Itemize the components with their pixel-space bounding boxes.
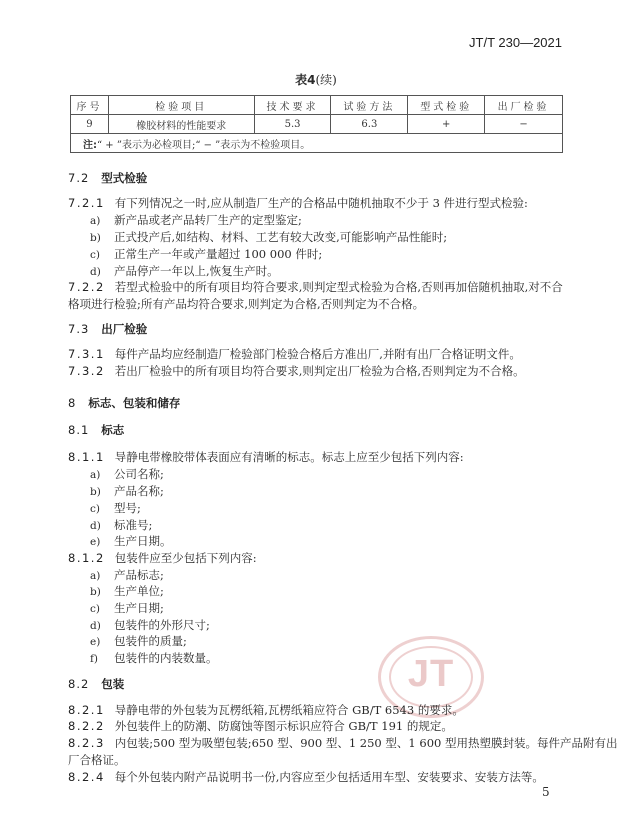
clause-7-2-2-continuation: 格项进行检验;所有产品均符合要求,则判定为合格,否则判定为不合格。 (68, 296, 424, 312)
section-title: 包装 (101, 677, 124, 691)
list-text: 型号; (114, 501, 141, 515)
clause-number: 7.3.1 (68, 347, 105, 361)
table-cell: 6.3 (331, 115, 408, 134)
clause-8-2-2: 8.2.2外包装件上的防潮、防腐蚀等图示标识应符合 GB/T 191 的规定。 (68, 718, 453, 734)
section-number: 8 (68, 396, 76, 410)
seal-text: JT (381, 653, 481, 696)
clause-8-2-1: 8.2.1导静电带的外包装为瓦楞纸箱,瓦楞纸箱应符合 GB/T 6543 的要求… (68, 702, 464, 718)
clause-8-1-1: 8.1.1导静电带橡胶带体表面应有清晰的标志。标志上应至少包括下列内容: (68, 449, 464, 465)
clause-text: 每个外包装内附产品说明书一份,内容应至少包括适用车型、安装要求、安装方法等。 (115, 770, 544, 784)
section-number: 7.3 (68, 322, 89, 336)
section-number: 8.2 (68, 677, 89, 691)
section-heading-7-3: 7.3出厂检验 (68, 321, 147, 337)
list-text: 正式投产后,如结构、材料、工艺有较大改变,可能影响产品性能时; (114, 230, 447, 244)
clause-text: 若型式检验中的所有项目均符合要求,则判定型式检验为合格,否则再加倍随机抽取,对不… (115, 280, 563, 294)
column-header: 检验项目 (108, 96, 254, 115)
list-text: 产品名称; (114, 484, 164, 498)
clause-number: 8.2.3 (68, 736, 105, 750)
clause-7-2-1: 7.2.1有下列情况之一时,应从制造厂生产的合格品中随机抽取不少于 3 件进行型… (68, 195, 528, 211)
list-item: a)公司名称; (90, 466, 164, 482)
clause-text: 有下列情况之一时,应从制造厂生产的合格品中随机抽取不少于 3 件进行型式检验: (115, 196, 528, 210)
inspection-table: 序号 检验项目 技术要求 试验方法 型式检验 出厂检验 9 橡胶材料的性能要求 … (70, 95, 563, 153)
list-text: 包装件的内装数量。 (114, 651, 218, 665)
list-marker: a) (90, 570, 114, 582)
list-item: d)产品停产一年以上,恢复生产时。 (90, 263, 279, 279)
list-item: a)新产品或老产品转厂生产的定型鉴定; (90, 212, 302, 228)
table-title-suffix: (续) (315, 73, 336, 87)
section-heading-7-2: 7.2型式检验 (68, 170, 147, 186)
list-marker: b) (90, 232, 114, 244)
list-marker: b) (90, 586, 114, 598)
section-title: 型式检验 (101, 171, 147, 185)
clause-text: 若出厂检验中的所有项目均符合要求,则判定出厂检验为合格,否则判定为不合格。 (115, 364, 525, 378)
table-cell: 橡胶材料的性能要求 (108, 115, 254, 134)
list-item: b)正式投产后,如结构、材料、工艺有较大改变,可能影响产品性能时; (90, 229, 447, 245)
table-header-row: 序号 检验项目 技术要求 试验方法 型式检验 出厂检验 (71, 96, 563, 115)
clause-number: 7.2.1 (68, 196, 105, 210)
list-text: 正常生产一年或产量超过 100 000 件时; (114, 247, 322, 261)
clause-number: 8.2.2 (68, 719, 105, 733)
list-text: 包装件的外形尺寸; (114, 618, 210, 632)
list-text: 新产品或老产品转厂生产的定型鉴定; (114, 213, 302, 227)
section-number: 7.2 (68, 171, 89, 185)
list-item: c)型号; (90, 500, 141, 516)
table-cell: 5.3 (254, 115, 331, 134)
list-marker: f) (90, 653, 114, 665)
list-text: 产品停产一年以上,恢复生产时。 (114, 264, 279, 278)
clause-7-2-2: 7.2.2若型式检验中的所有项目均符合要求,则判定型式检验为合格,否则再加倍随机… (68, 279, 563, 295)
clause-8-2-4: 8.2.4每个外包装内附产品说明书一份,内容应至少包括适用车型、安装要求、安装方… (68, 769, 544, 785)
clause-7-3-1: 7.3.1每件产品均应经制造厂检验部门检验合格后方准出厂,并附有出厂合格证明文件… (68, 346, 521, 362)
list-marker: e) (90, 536, 114, 548)
list-marker: c) (90, 249, 114, 261)
list-marker: c) (90, 503, 114, 515)
list-text: 生产日期。 (114, 534, 172, 548)
list-item: d)标准号; (90, 517, 152, 533)
table-cell: − (485, 115, 563, 134)
clause-number: 8.1.1 (68, 450, 105, 464)
list-marker: d) (90, 620, 114, 632)
clause-text: 包装件应至少包括下列内容: (115, 551, 257, 565)
section-number: 8.1 (68, 423, 89, 437)
clause-number: 7.2.2 (68, 280, 105, 294)
list-item: e)生产日期。 (90, 533, 172, 549)
list-marker: a) (90, 469, 114, 481)
clause-number: 8.1.2 (68, 551, 105, 565)
table-title: 表4(续) (0, 71, 632, 88)
clause-text: 外包装件上的防潮、防腐蚀等图示标识应符合 GB/T 191 的规定。 (115, 719, 453, 733)
list-item: f)包装件的内装数量。 (90, 650, 218, 666)
column-header: 出厂检验 (485, 96, 563, 115)
column-header: 技术要求 (254, 96, 331, 115)
clause-text: 内包装;500 型为吸塑包装;650 型、900 型、1 250 型、1 600… (115, 736, 618, 750)
clause-8-2-3: 8.2.3内包装;500 型为吸塑包装;650 型、900 型、1 250 型、… (68, 735, 617, 751)
list-marker: d) (90, 520, 114, 532)
table-note: 注:“ + ”表示为必检项目;“ − ”表示为不检验项目。 (71, 134, 563, 153)
list-text: 标准号; (114, 518, 152, 532)
clause-8-1-2: 8.1.2包装件应至少包括下列内容: (68, 550, 257, 566)
clause-text: 导静电带橡胶带体表面应有清晰的标志。标志上应至少包括下列内容: (115, 450, 464, 464)
standard-code: JT/T 230—2021 (469, 35, 562, 50)
table-title-label: 表4 (295, 73, 315, 87)
column-header: 序号 (71, 96, 109, 115)
list-item: b)产品名称; (90, 483, 164, 499)
list-marker: a) (90, 215, 114, 227)
list-text: 产品标志; (114, 568, 164, 582)
list-marker: b) (90, 486, 114, 498)
list-text: 生产日期; (114, 601, 164, 615)
clause-8-2-3-continuation: 厂合格证。 (68, 752, 126, 768)
list-item: a)产品标志; (90, 567, 164, 583)
column-header: 型式检验 (408, 96, 485, 115)
table-row: 9 橡胶材料的性能要求 5.3 6.3 + − (71, 115, 563, 134)
table-cell: 9 (71, 115, 109, 134)
list-text: 生产单位; (114, 584, 164, 598)
section-heading-8-1: 8.1标志 (68, 422, 124, 438)
section-title: 出厂检验 (101, 322, 147, 336)
note-label: 注: (83, 140, 97, 151)
clause-text: 每件产品均应经制造厂检验部门检验合格后方准出厂,并附有出厂合格证明文件。 (115, 347, 521, 361)
clause-text: 导静电带的外包装为瓦楞纸箱,瓦楞纸箱应符合 GB/T 6543 的要求。 (115, 703, 464, 717)
clause-7-3-2: 7.3.2若出厂检验中的所有项目均符合要求,则判定出厂检验为合格,否则判定为不合… (68, 363, 525, 379)
list-text: 包装件的质量; (114, 634, 187, 648)
page-number: 5 (542, 785, 550, 799)
section-heading-8-2: 8.2包装 (68, 676, 124, 692)
section-title: 标志 (101, 423, 124, 437)
table-cell: + (408, 115, 485, 134)
list-item: b)生产单位; (90, 583, 164, 599)
list-item: e)包装件的质量; (90, 633, 187, 649)
list-marker: d) (90, 266, 114, 278)
section-title: 标志、包装和储存 (88, 396, 180, 410)
list-item: d)包装件的外形尺寸; (90, 617, 210, 633)
clause-number: 8.2.4 (68, 770, 105, 784)
table-note-row: 注:“ + ”表示为必检项目;“ − ”表示为不检验项目。 (71, 134, 563, 153)
list-item: c)正常生产一年或产量超过 100 000 件时; (90, 246, 322, 262)
note-text: “ + ”表示为必检项目;“ − ”表示为不检验项目。 (97, 140, 310, 151)
clause-number: 8.2.1 (68, 703, 105, 717)
list-marker: e) (90, 636, 114, 648)
clause-number: 7.3.2 (68, 364, 105, 378)
list-text: 公司名称; (114, 467, 164, 481)
list-marker: c) (90, 603, 114, 615)
column-header: 试验方法 (331, 96, 408, 115)
list-item: c)生产日期; (90, 600, 164, 616)
section-heading-8: 8标志、包装和储存 (68, 395, 180, 411)
